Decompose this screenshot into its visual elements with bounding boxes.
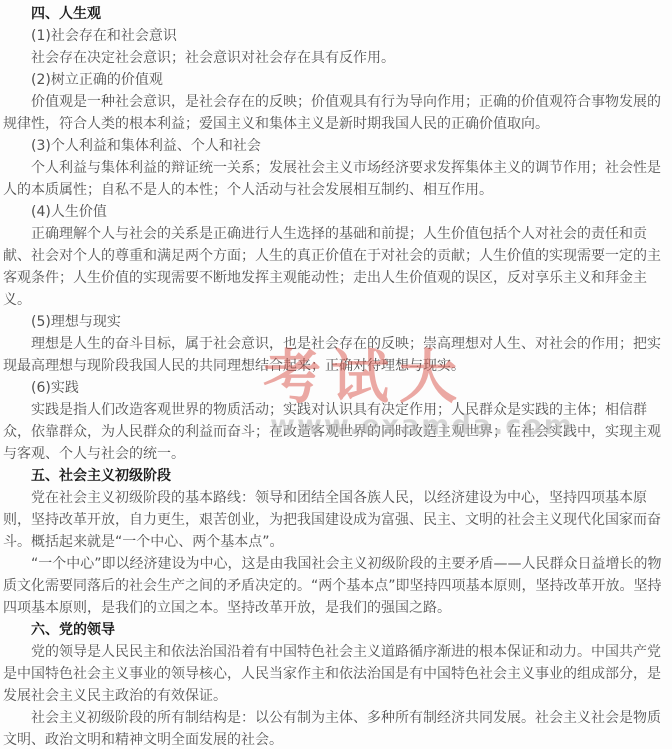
numbered-subheading: (3)个人利益和集体利益、个人和社会 — [3, 135, 669, 157]
numbered-subheading: (4)人生价值 — [3, 201, 669, 223]
body-paragraph: 实践是指人们改造客观世界的物质活动；实践对认识具有决定作用；人民群众是实践的主体… — [3, 399, 669, 465]
numbered-subheading: (1)社会存在和社会意识 — [3, 25, 669, 47]
body-paragraph: “一个中心”即以经济建设为中心，这是由我国社会主义初级阶段的主要矛盾——人民群众… — [3, 553, 669, 619]
body-paragraph: 正确理解个人与社会的关系是正确进行人生选择的基础和前提；人生价值包括个人对社会的… — [3, 223, 669, 311]
body-paragraph: 个人利益与集体利益的辩证统一关系；发展社会主义市场经济要求发挥集体主义的调节作用… — [3, 157, 669, 201]
body-paragraph: 价值观是一种社会意识，是社会存在的反映；价值观具有行为导向作用；正确的价值观符合… — [3, 91, 669, 135]
body-paragraph: 社会主义初级阶段的所有制结构是：以公有制为主体、多种所有制经济共同发展。社会主义… — [3, 707, 669, 749]
section-heading: 五、社会主义初级阶段 — [3, 465, 669, 487]
body-paragraph: 理想是人生的奋斗目标，属于社会意识，也是社会存在的反映；崇高理想对人生、对社会的… — [3, 333, 669, 377]
body-paragraph: 党的领导是人民民主和依法治国沿着有中国特色社会主义道路循序渐进的根本保证和动力。… — [3, 641, 669, 707]
section-primary-stage-of-socialism: 五、社会主义初级阶段 党在社会主义初级阶段的基本路线：领导和团结全国各族人民，以… — [3, 465, 669, 619]
section-party-leadership: 六、党的领导 党的领导是人民民主和依法治国沿着有中国特色社会主义道路循序渐进的根… — [3, 619, 669, 749]
section-life-outlook: 四、人生观 (1)社会存在和社会意识 社会存在决定社会意识；社会意识对社会存在具… — [3, 3, 669, 465]
document-body: 四、人生观 (1)社会存在和社会意识 社会存在决定社会意识；社会意识对社会存在具… — [0, 0, 672, 749]
section-heading: 六、党的领导 — [3, 619, 669, 641]
body-paragraph: 社会存在决定社会意识；社会意识对社会存在具有反作用。 — [3, 47, 669, 69]
numbered-subheading: (2)树立正确的价值观 — [3, 69, 669, 91]
body-paragraph: 党在社会主义初级阶段的基本路线：领导和团结全国各族人民，以经济建设为中心，坚持四… — [3, 487, 669, 553]
numbered-subheading: (5)理想与现实 — [3, 311, 669, 333]
section-heading: 四、人生观 — [3, 3, 669, 25]
numbered-subheading: (6)实践 — [3, 377, 669, 399]
